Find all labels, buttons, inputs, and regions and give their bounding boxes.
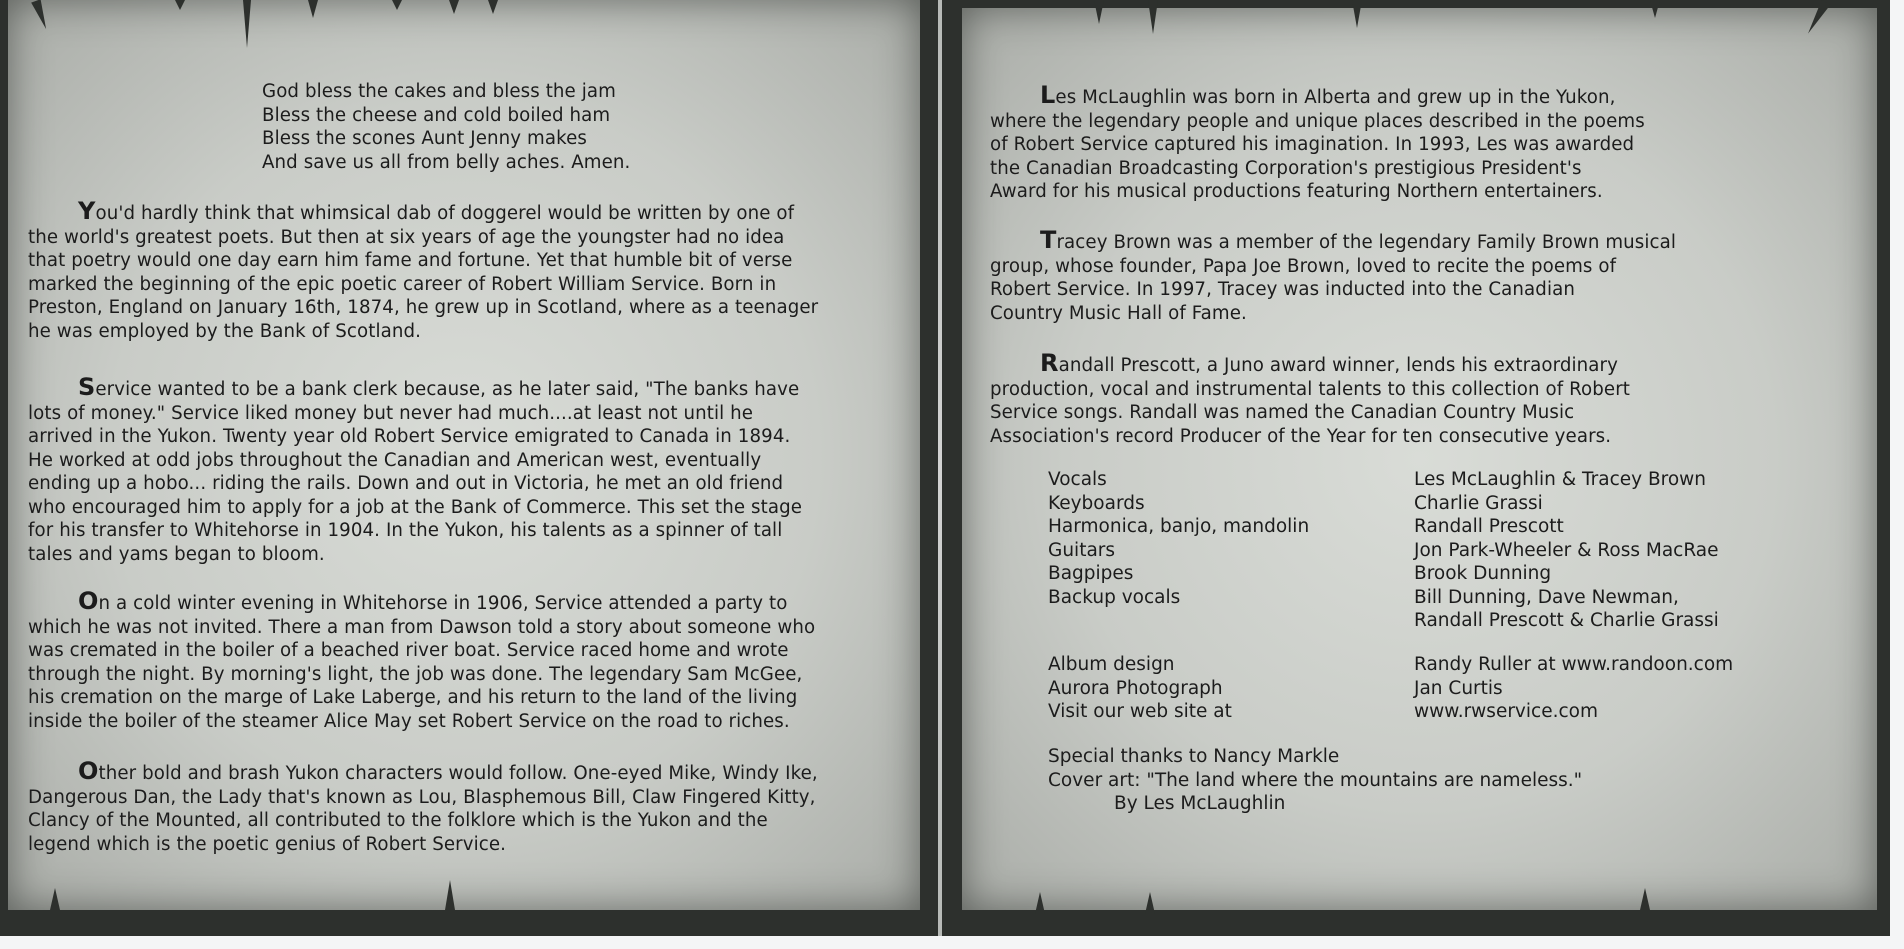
paragraph-line: He worked at odd jobs throughout the Can… — [28, 449, 802, 473]
biography-paragraph-1: You'd hardly think that whimsical dab of… — [28, 200, 818, 343]
credit-names: www.rwservice.com — [1414, 700, 1598, 724]
credit-role: Vocals — [1048, 468, 1414, 492]
paragraph-line: inside the boiler of the steamer Alice M… — [28, 710, 815, 734]
paragraph-line: Preston, England on January 16th, 1874, … — [28, 296, 818, 320]
poem-line: Bless the cheese and cold boiled ham — [262, 104, 630, 128]
paragraph-line: Robert Service. In 1997, Tracey was indu… — [990, 278, 1676, 302]
paragraph-line: ending up a hobo... riding the rails. Do… — [28, 472, 802, 496]
paragraph-line: which he was not invited. There a man fr… — [28, 616, 815, 640]
paragraph-line: the world's greatest poets. But then at … — [28, 226, 818, 250]
credit-row: Visit our web site atwww.rwservice.com — [1048, 700, 1733, 724]
paragraph-line: through the night. By morning's light, t… — [28, 663, 815, 687]
drop-cap: O — [78, 587, 99, 615]
paragraph-line: Award for his musical productions featur… — [990, 180, 1645, 204]
credit-role: Guitars — [1048, 539, 1414, 563]
biography-paragraph-3: On a cold winter evening in Whitehorse i… — [28, 590, 815, 733]
poem-line: Bless the scones Aunt Jenny makes — [262, 127, 630, 151]
credit-role — [1048, 609, 1414, 633]
paragraph-line: the Canadian Broadcasting Corporation's … — [990, 157, 1645, 181]
cover-artist: By Les McLaughlin — [1048, 792, 1582, 816]
paragraph-line: lots of money." Service liked money but … — [28, 402, 802, 426]
credit-row: KeyboardsCharlie Grassi — [1048, 492, 1719, 516]
paragraph-line: he was employed by the Bank of Scotland. — [28, 320, 818, 344]
poem-line: God bless the cakes and bless the jam — [262, 80, 630, 104]
paragraph-line: of Robert Service captured his imaginati… — [990, 133, 1645, 157]
credit-row: Harmonica, banjo, mandolinRandall Presco… — [1048, 515, 1719, 539]
paragraph-line: Country Music Hall of Fame. — [990, 302, 1676, 326]
paragraph-line: On a cold winter evening in Whitehorse i… — [28, 590, 815, 616]
paragraph-line: Randall Prescott, a Juno award winner, l… — [990, 352, 1630, 378]
drop-cap: R — [1040, 349, 1059, 377]
blessing-poem: God bless the cakes and bless the jam Bl… — [262, 80, 630, 174]
credit-names: Brook Dunning — [1414, 562, 1551, 586]
paragraph-line: group, whose founder, Papa Joe Brown, lo… — [990, 255, 1676, 279]
credit-row: Randall Prescott & Charlie Grassi — [1048, 609, 1719, 633]
paragraph-line: Association's record Producer of the Yea… — [990, 425, 1630, 449]
paragraph-line: Clancy of the Mounted, all contributed t… — [28, 809, 818, 833]
tracey-brown-bio: Tracey Brown was a member of the legenda… — [990, 229, 1676, 325]
thanks-line: Special thanks to Nancy Markle — [1048, 745, 1582, 769]
paragraph-line: who encouraged him to apply for a job at… — [28, 496, 802, 520]
paragraph-line: legend which is the poetic genius of Rob… — [28, 833, 818, 857]
paragraph-line: Dangerous Dan, the Lady that's known as … — [28, 786, 818, 810]
credit-role: Aurora Photograph — [1048, 677, 1414, 701]
credit-row: Aurora PhotographJan Curtis — [1048, 677, 1733, 701]
drop-cap: O — [78, 757, 99, 785]
credit-row: Backup vocalsBill Dunning, Dave Newman, — [1048, 586, 1719, 610]
paragraph-line: for his transfer to Whitehorse in 1904. … — [28, 519, 802, 543]
biography-paragraph-4: Other bold and brash Yukon characters wo… — [28, 760, 818, 856]
production-credits: Album designRandy Ruller at www.randoon.… — [1048, 653, 1733, 724]
paragraph-line: his cremation on the marge of Lake Laber… — [28, 686, 815, 710]
drop-cap: T — [1040, 226, 1056, 254]
credit-role: Keyboards — [1048, 492, 1414, 516]
booklet-spine-fold — [938, 0, 942, 936]
musician-credits: VocalsLes McLaughlin & Tracey BrownKeybo… — [1048, 468, 1719, 633]
special-thanks: Special thanks to Nancy Markle Cover art… — [1048, 745, 1582, 816]
paragraph-line: You'd hardly think that whimsical dab of… — [28, 200, 818, 226]
credit-role: Visit our web site at — [1048, 700, 1414, 724]
credit-row: BagpipesBrook Dunning — [1048, 562, 1719, 586]
credit-names: Randall Prescott & Charlie Grassi — [1414, 609, 1719, 633]
credit-names: Randall Prescott — [1414, 515, 1564, 539]
credit-role: Bagpipes — [1048, 562, 1414, 586]
randall-prescott-bio: Randall Prescott, a Juno award winner, l… — [990, 352, 1630, 448]
credit-names: Bill Dunning, Dave Newman, — [1414, 586, 1679, 610]
paragraph-line: Service wanted to be a bank clerk becaus… — [28, 376, 802, 402]
credit-role: Backup vocals — [1048, 586, 1414, 610]
credit-row: VocalsLes McLaughlin & Tracey Brown — [1048, 468, 1719, 492]
drop-cap: S — [78, 373, 95, 401]
credit-names: Jon Park-Wheeler & Ross MacRae — [1414, 539, 1719, 563]
paragraph-line: Other bold and brash Yukon characters wo… — [28, 760, 818, 786]
credit-names: Les McLaughlin & Tracey Brown — [1414, 468, 1706, 492]
credit-role: Harmonica, banjo, mandolin — [1048, 515, 1414, 539]
paragraph-line: was cremated in the boiler of a beached … — [28, 639, 815, 663]
paragraph-line: Les McLaughlin was born in Alberta and g… — [990, 84, 1645, 110]
paragraph-line: that poetry would one day earn him fame … — [28, 249, 818, 273]
paragraph-line: where the legendary people and unique pl… — [990, 110, 1645, 134]
paragraph-line: production, vocal and instrumental talen… — [990, 378, 1630, 402]
poem-line: And save us all from belly aches. Amen. — [262, 151, 630, 175]
drop-cap: L — [1040, 81, 1055, 109]
credit-names: Randy Ruller at www.randoon.com — [1414, 653, 1733, 677]
paragraph-line: marked the beginning of the epic poetic … — [28, 273, 818, 297]
paragraph-line: tales and yams began to bloom. — [28, 543, 802, 567]
paragraph-line: Tracey Brown was a member of the legenda… — [990, 229, 1676, 255]
paragraph-line: arrived in the Yukon. Twenty year old Ro… — [28, 425, 802, 449]
credit-row: Album designRandy Ruller at www.randoon.… — [1048, 653, 1733, 677]
credit-names: Jan Curtis — [1414, 677, 1503, 701]
credit-names: Charlie Grassi — [1414, 492, 1543, 516]
cover-art-credit: Cover art: "The land where the mountains… — [1048, 769, 1582, 793]
biography-paragraph-2: Service wanted to be a bank clerk becaus… — [28, 376, 802, 566]
credit-row: GuitarsJon Park-Wheeler & Ross MacRae — [1048, 539, 1719, 563]
les-mclaughlin-bio: Les McLaughlin was born in Alberta and g… — [990, 84, 1645, 204]
drop-cap: Y — [78, 197, 95, 225]
credit-role: Album design — [1048, 653, 1414, 677]
paragraph-line: Service songs. Randall was named the Can… — [990, 401, 1630, 425]
